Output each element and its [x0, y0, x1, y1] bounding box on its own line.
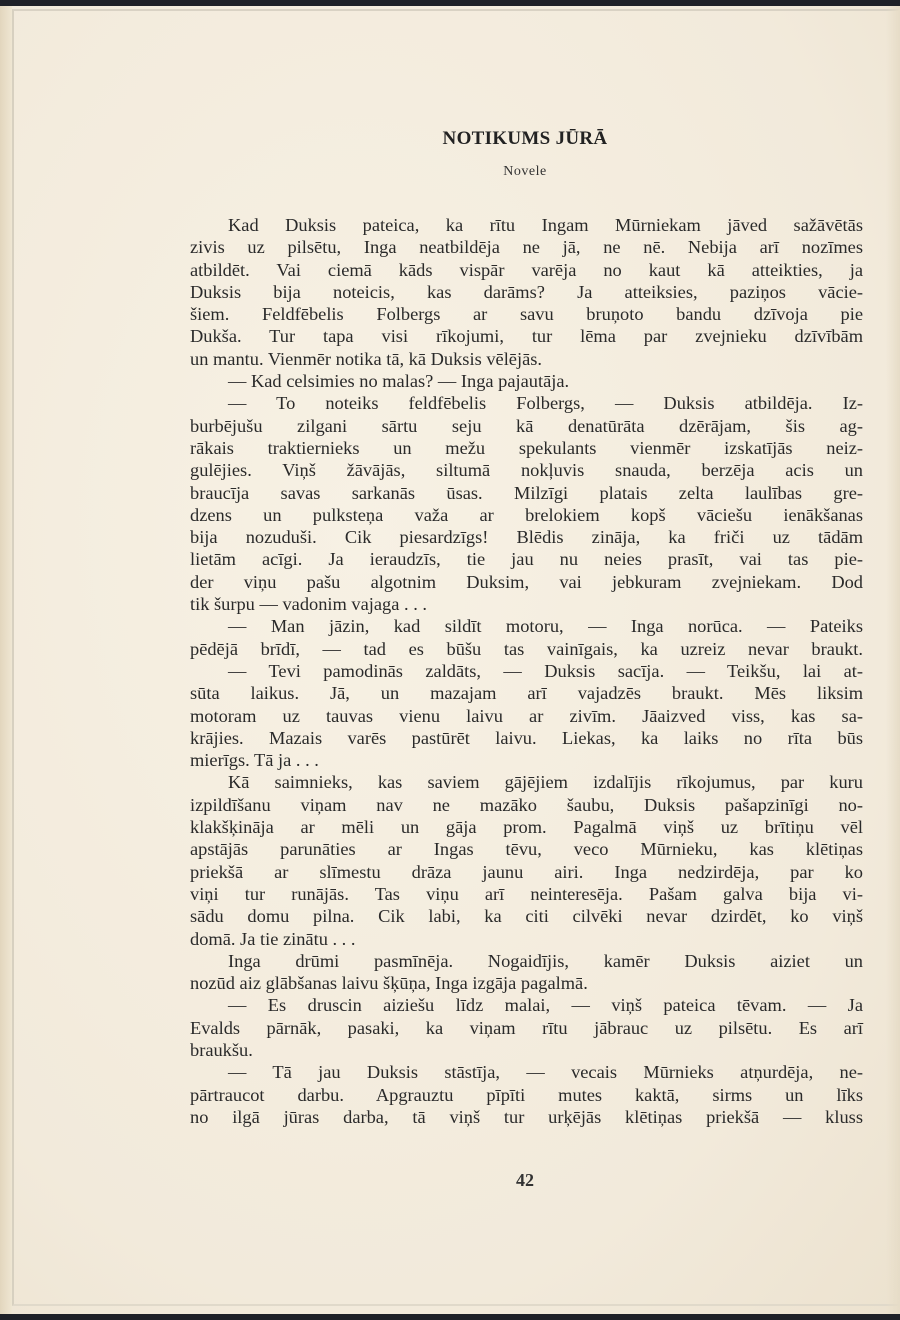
- text-line: no ilgā jūras darba, tā viņš tur urķējās…: [190, 1106, 863, 1128]
- text-line: Inga drūmi pasmīnēja. Nogaidījis, kamēr …: [190, 950, 863, 972]
- text-line: Kā saimnieks, kas saviem gājējiem izdalī…: [190, 771, 863, 793]
- text-line: Evalds pārnāk, pasaki, ka viņam rītu jāb…: [190, 1017, 863, 1039]
- text-line: — Tā jau Duksis stāstīja, — vecais Mūrni…: [190, 1061, 863, 1083]
- story-subtitle: Novele: [0, 164, 900, 180]
- text-line: lietām acīgi. Ja ieraudzīs, tie jau nu n…: [190, 548, 863, 570]
- text-line: krājies. Mazais varēs pastūrēt laivu. Li…: [190, 727, 863, 749]
- text-line: tik šurpu — vadonim vajaga . . .: [190, 593, 863, 615]
- text-line: — Man jāzin, kad sildīt motoru, — Inga n…: [190, 615, 863, 637]
- text-line: Dukša. Tur tapa visi rīkojumi, tur lēma …: [190, 325, 863, 347]
- story-title: NOTIKUMS JŪRĀ: [0, 128, 900, 150]
- page-right-edge: [886, 6, 900, 1314]
- text-line: — Tevi pamodinās zaldāts, — Duksis sacīj…: [190, 660, 863, 682]
- text-line: rākais traktiernieks un mežu spekulants …: [190, 437, 863, 459]
- text-line: bija nozuduši. Cik piesardzīgs! Blēdis z…: [190, 526, 863, 548]
- text-line: gulējies. Viņš žāvājās, siltumā nokļuvis…: [190, 459, 863, 481]
- text-line: klakšķināja ar mēli un gāja prom. Pagalm…: [190, 816, 863, 838]
- text-line: Kad Duksis pateica, ka rītu Ingam Mūrnie…: [190, 214, 863, 236]
- text-line: braukšu.: [190, 1039, 863, 1061]
- text-line: atbildēt. Vai ciemā kāds vispār varēja n…: [190, 259, 863, 281]
- text-line: zivis uz pilsētu, Inga neatbildēja ne jā…: [190, 236, 863, 258]
- text-line: braucīja savas sarkanās ūsas. Milzīgi pl…: [190, 482, 863, 504]
- text-line: priekšā ar slīmestu drāza jaunu airi. In…: [190, 861, 863, 883]
- book-spine: [0, 6, 12, 1314]
- text-line: izpildīšanu viņam nav ne mazāko šaubu, D…: [190, 794, 863, 816]
- text-line: burbējušu zilgani sārtu seju kā denatūrā…: [190, 415, 863, 437]
- text-line: der viņu pašu algotnim Duksim, vai jebku…: [190, 571, 863, 593]
- text-line: — Kad celsimies no malas? — Inga pajautā…: [190, 370, 863, 392]
- text-line: nozūd aiz glābšanas laivu šķūņa, Inga iz…: [190, 972, 863, 994]
- text-line: mierīgs. Tā ja . . .: [190, 749, 863, 771]
- text-line: domā. Ja tie zinātu . . .: [190, 928, 863, 950]
- text-line: — Es druscin aiziešu līdz malai, — viņš …: [190, 994, 863, 1016]
- text-line: pārtraucot darbu. Apgrauztu pīpīti mutes…: [190, 1084, 863, 1106]
- text-line: sūta laikus. Jā, un mazajam arī vajadzēs…: [190, 682, 863, 704]
- text-line: dzens un pulksteņa važa ar brelokiem kop…: [190, 504, 863, 526]
- text-line: motoram uz tauvas vienu laivu ar zivīm. …: [190, 705, 863, 727]
- text-line: apstājās parunāties ar Ingas tēvu, veco …: [190, 838, 863, 860]
- text-line: viņi tur runājās. Tas viņu arī neinteres…: [190, 883, 863, 905]
- text-line: un mantu. Vienmēr notika tā, kā Duksis v…: [190, 348, 863, 370]
- text-line: pēdējā brīdī, — tad es būšu tas vainīgai…: [190, 638, 863, 660]
- text-line: Duksis bija noteicis, kas darāms? Ja att…: [190, 281, 863, 303]
- text-line: sādu domu pilna. Cik labi, ka citi cilvē…: [190, 905, 863, 927]
- book-page: NOTIKUMS JŪRĀ Novele Kad Duksis pateica,…: [0, 6, 900, 1314]
- text-line: šiem. Feldfēbelis Folbergs ar savu bruņo…: [190, 303, 863, 325]
- page-number: 42: [0, 1170, 900, 1191]
- story-body: Kad Duksis pateica, ka rītu Ingam Mūrnie…: [190, 214, 863, 1128]
- text-line: — To noteiks feldfēbelis Folbergs, — Duk…: [190, 392, 863, 414]
